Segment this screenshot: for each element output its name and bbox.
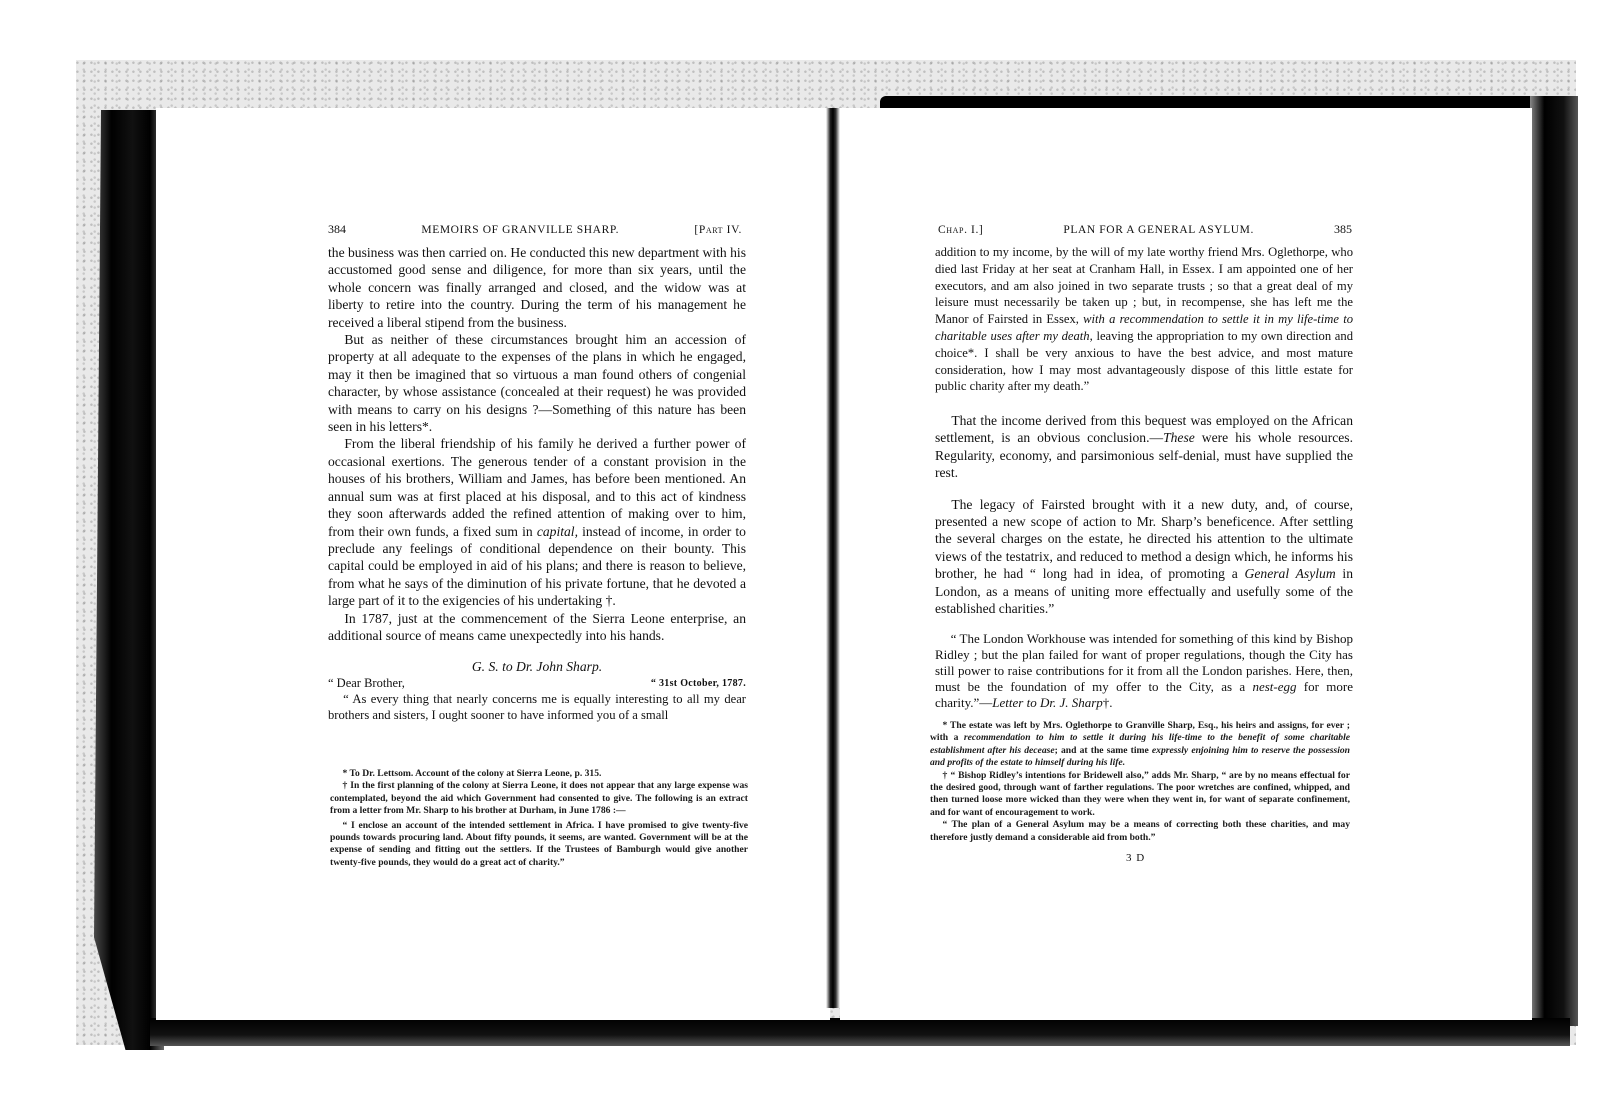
paragraph-family: From the liberal friendship of his famil…: [328, 435, 746, 609]
paragraph: the business was then carried on. He con…: [328, 244, 746, 331]
right-page-number: 385: [1334, 222, 1352, 237]
footnote-bridewell: † “ Bishop Ridley’s intentions for Bride…: [930, 770, 1350, 820]
left-running-title: MEMOIRS OF GRANVILLE SHARP.: [421, 224, 619, 236]
left-page-number: 384: [328, 222, 346, 237]
right-letter-continuation: addition to my income, by the will of my…: [935, 244, 1353, 395]
right-running-title: PLAN FOR A GENERAL ASYLUM.: [1063, 224, 1254, 236]
book-edge-top: [880, 96, 1570, 108]
left-footnotes: * To Dr. Lettsom. Account of the colony …: [330, 768, 748, 869]
right-body-text: That the income derived from this beques…: [935, 412, 1353, 711]
paragraph-legacy: The legacy of Fairsted brought with it a…: [935, 496, 1353, 618]
footnote: “ I enclose an account of the intended s…: [330, 820, 748, 870]
book-gutter: [826, 108, 840, 1008]
letter-body: “ As every thing that nearly concerns me…: [328, 691, 746, 723]
right-running-head: Chap. I.] PLAN FOR A GENERAL ASYLUM. 385: [938, 222, 1352, 237]
book-edge-left: [94, 110, 164, 1050]
right-footnotes: * The estate was left by Mrs. Oglethorpe…: [930, 720, 1350, 844]
left-body-text: the business was then carried on. He con…: [328, 244, 746, 723]
letter-heading: G. S. to Dr. John Sharp.: [328, 658, 746, 675]
paragraph: But as neither of these circumstances br…: [328, 331, 746, 435]
letter-salutation: “ Dear Brother,: [328, 676, 405, 691]
paragraph: In 1787, just at the commencement of the…: [328, 610, 746, 645]
letter-date: “ 31st October, 1787.: [651, 676, 746, 691]
footnote-estate: * The estate was left by Mrs. Oglethorpe…: [930, 720, 1350, 770]
book-edge-right: [1530, 96, 1578, 1026]
footnote: † In the first planning of the colony at…: [330, 780, 748, 817]
paragraph-income: That the income derived from this beques…: [935, 412, 1353, 482]
letter-salutation-row: “ Dear Brother, “ 31st October, 1787.: [328, 676, 746, 691]
right-chapter-label: Chap. I.]: [938, 224, 983, 236]
footnote: * To Dr. Lettsom. Account of the colony …: [330, 768, 748, 780]
left-part-label: [Part IV.: [694, 224, 742, 236]
book-edge-bottom: [150, 1018, 1570, 1046]
footnote-asylum: “ The plan of a General Asylum may be a …: [930, 819, 1350, 844]
left-running-head: 384 MEMOIRS OF GRANVILLE SHARP. [Part IV…: [328, 222, 742, 237]
quote-workhouse: “ The London Workhouse was intended for …: [935, 631, 1353, 711]
signature-mark: 3 D: [1126, 852, 1145, 864]
